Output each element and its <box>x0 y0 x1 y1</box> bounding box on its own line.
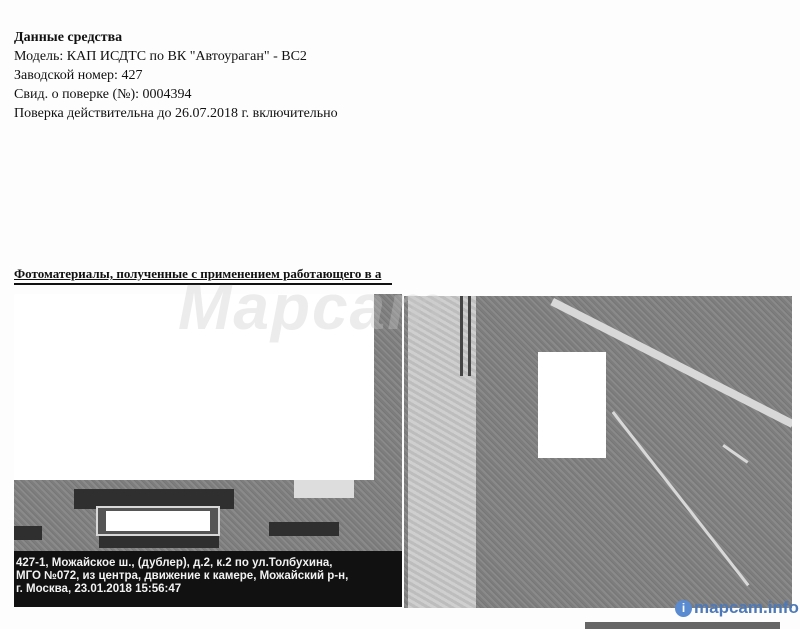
headlight <box>294 480 354 498</box>
redaction-mask <box>538 352 606 458</box>
caption-line: МГО №072, из центра, движение к камере, … <box>16 570 402 583</box>
rail-post <box>460 296 463 376</box>
device-model: Модель: КАП ИСДТС по ВК "Автоураган" - В… <box>14 47 338 66</box>
vehicle-bumper <box>99 536 219 548</box>
lane-line <box>612 411 750 586</box>
photo-vehicle-front: 427-1, Можайское ш., (дублер), д.2, к.2 … <box>14 294 402 607</box>
next-photo-edge <box>585 622 780 629</box>
rail-post <box>468 296 471 376</box>
caption-line: 427-1, Можайское ш., (дублер), д.2, к.2 … <box>16 557 402 570</box>
device-info-title: Данные средства <box>14 28 338 47</box>
vehicle-vent <box>269 522 339 536</box>
license-plate-redacted <box>106 511 210 531</box>
info-icon: i <box>675 600 692 617</box>
license-plate-frame <box>96 506 220 536</box>
redaction-mask <box>14 294 374 480</box>
vehicle-vent <box>14 526 42 540</box>
device-certificate: Свид. о поверке (№): 0004394 <box>14 85 338 104</box>
road-curb <box>408 296 476 608</box>
logo-text: mapcam.info <box>694 598 799 618</box>
mapcam-logo: i mapcam.info <box>675 598 799 618</box>
photo-road-overview <box>404 296 792 608</box>
photo-caption: 427-1, Можайское ш., (дублер), д.2, к.2 … <box>14 551 402 607</box>
device-info: Данные средства Модель: КАП ИСДТС по ВК … <box>14 28 338 123</box>
lane-dash <box>722 444 748 464</box>
photos-section-title: Фотоматериалы, полученные с применением … <box>14 266 392 285</box>
device-serial: Заводской номер: 427 <box>14 66 338 85</box>
device-validity: Поверка действительна до 26.07.2018 г. в… <box>14 104 338 123</box>
caption-line: г. Москва, 23.01.2018 15:56:47 <box>16 583 402 596</box>
